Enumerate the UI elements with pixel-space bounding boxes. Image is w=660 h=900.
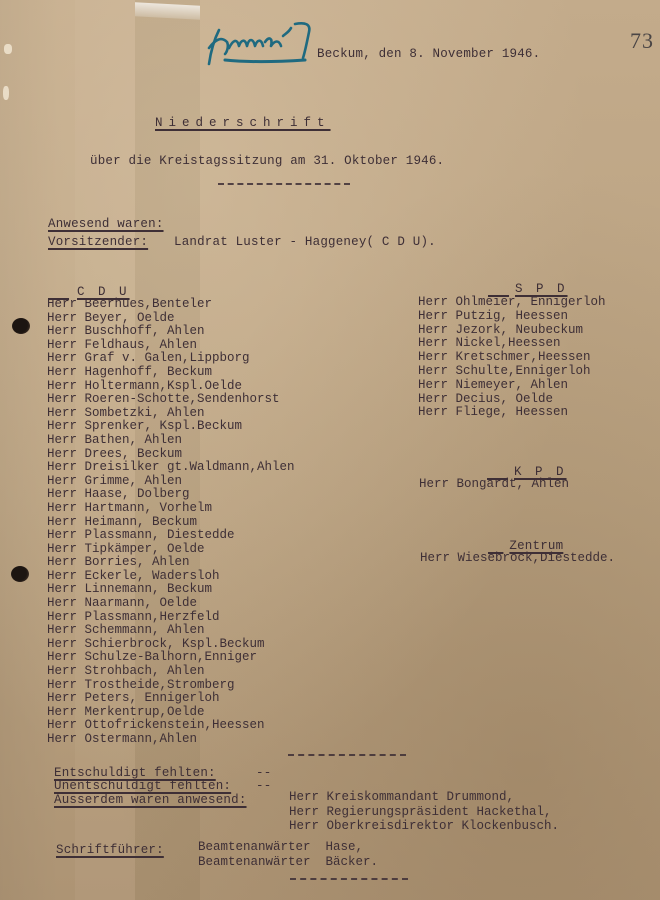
zentrum-member-list: Herr Wiesebrock,Diestedde.	[420, 552, 615, 566]
party-heading-spd-text: S P D	[509, 282, 574, 296]
list-item: Herr Wiesebrock,Diestedde.	[420, 552, 615, 566]
list-item: Herr Strohbach, Ahlen	[47, 665, 295, 679]
list-item: Herr Jezork, Neubeckum	[418, 324, 606, 338]
separator	[290, 878, 408, 880]
list-item: Herr Schulze-Balhorn,Enniger	[47, 651, 295, 665]
list-item: Herr Linnemann, Beckum	[47, 583, 295, 597]
list-item: Herr Grimme, Ahlen	[47, 475, 295, 489]
chair-label: Vorsitzender:	[48, 236, 148, 250]
list-item: Herr Buschhoff, Ahlen	[47, 325, 295, 339]
secretary-label: Schriftführer:	[56, 844, 164, 858]
list-item: Herr Ohlmeier, Ennigerloh	[418, 296, 606, 310]
list-item: Herr Schulte,Ennigerloh	[418, 365, 606, 379]
document-title: Niederschrift	[155, 117, 331, 131]
list-item: Herr Sprenker, Kspl.Beckum	[47, 420, 295, 434]
unexcused-value: --	[256, 780, 271, 794]
separator	[218, 183, 350, 185]
list-item: Herr Drees, Beckum	[47, 448, 295, 462]
list-item: Herr Schemmann, Ahlen	[47, 624, 295, 638]
list-item: Herr Plassmann,Herzfeld	[47, 611, 295, 625]
list-item: Herr Sombetzki, Ahlen	[47, 407, 295, 421]
secretary-list: Beamtenanwärter Hase,Beamtenanwärter Bäc…	[198, 840, 378, 870]
also-present-label: Ausserdem waren anwesend:	[54, 794, 247, 808]
separator	[288, 754, 406, 756]
list-item: Herr Holtermann,Kspl.Oelde	[47, 380, 295, 394]
kpd-member-list: Herr Bongardt, Ahlen	[419, 478, 569, 492]
also-present-list: Herr Kreiskommandant Drummond,Herr Regie…	[289, 790, 559, 834]
list-item: Herr Beerhues,Benteler	[47, 298, 295, 312]
handwritten-signature	[205, 18, 320, 73]
present-label: Anwesend waren:	[48, 218, 164, 232]
list-item: Herr Fliege, Heessen	[418, 406, 606, 420]
list-item: Beamtenanwärter Bäcker.	[198, 855, 378, 870]
list-item: Herr Hagenhoff, Beckum	[47, 366, 295, 380]
list-item: Herr Schierbrock, Kspl.Beckum	[47, 638, 295, 652]
list-item: Herr Putzig, Heessen	[418, 310, 606, 324]
list-item: Herr Peters, Ennigerloh	[47, 692, 295, 706]
list-item: Herr Niemeyer, Ahlen	[418, 379, 606, 393]
list-item: Herr Nickel,Heessen	[418, 337, 606, 351]
list-item: Herr Feldhaus, Ahlen	[47, 339, 295, 353]
place-date: Beckum, den 8. November 1946.	[317, 48, 540, 62]
party-heading-cdu: C D U	[48, 272, 134, 299]
party-heading-spd: S P D	[488, 269, 574, 296]
list-item: Herr Roeren-Schotte,Sendenhorst	[47, 393, 295, 407]
list-item: Herr Tipkämper, Oelde	[47, 543, 295, 557]
unexcused-label: Unentschuldigt fehlten:	[54, 780, 231, 794]
list-item: Herr Plassmann, Diestedde	[47, 529, 295, 543]
list-item: Herr Trostheide,Stromberg	[47, 679, 295, 693]
party-heading-zentrum: Zentrum	[488, 526, 569, 553]
list-item: Herr Beyer, Oelde	[47, 312, 295, 326]
list-item: Herr Ottofrickenstein,Heessen	[47, 719, 295, 733]
list-item: Herr Bongardt, Ahlen	[419, 478, 569, 492]
spd-member-list: Herr Ohlmeier, EnnigerlohHerr Putzig, He…	[418, 296, 606, 420]
list-item: Herr Decius, Oelde	[418, 393, 606, 407]
list-item: Herr Merkentrup,Oelde	[47, 706, 295, 720]
list-item: Herr Regierungspräsident Hackethal,	[289, 805, 559, 820]
list-item: Beamtenanwärter Hase,	[198, 840, 378, 855]
paper-tear	[4, 44, 12, 54]
list-item: Herr Kreiskommandant Drummond,	[289, 790, 559, 805]
list-item: Herr Borries, Ahlen	[47, 556, 295, 570]
punch-hole	[11, 566, 29, 582]
list-item: Herr Hartmann, Vorhelm	[47, 502, 295, 516]
list-item: Herr Haase, Dolberg	[47, 488, 295, 502]
cdu-member-list: Herr Beerhues,BentelerHerr Beyer, OeldeH…	[47, 298, 295, 747]
page-number: 73	[630, 28, 654, 54]
list-item: Herr Eckerle, Wadersloh	[47, 570, 295, 584]
list-item: Herr Bathen, Ahlen	[47, 434, 295, 448]
document-subtitle: über die Kreistagssitzung am 31. Oktober…	[90, 155, 444, 169]
list-item: Herr Ostermann,Ahlen	[47, 733, 295, 747]
list-item: Herr Oberkreisdirektor Klockenbusch.	[289, 819, 559, 834]
list-item: Herr Graf v. Galen,Lippborg	[47, 352, 295, 366]
party-heading-kpd: K P D	[487, 452, 573, 479]
list-item: Herr Heimann, Beckum	[47, 516, 295, 530]
punch-hole	[12, 318, 30, 334]
list-item: Herr Dreisilker gt.Waldmann,Ahlen	[47, 461, 295, 475]
list-item: Herr Kretschmer,Heessen	[418, 351, 606, 365]
list-item: Herr Naarmann, Oelde	[47, 597, 295, 611]
chair-value: Landrat Luster - Haggeney( C D U).	[174, 236, 436, 250]
paper-tear	[3, 86, 9, 100]
